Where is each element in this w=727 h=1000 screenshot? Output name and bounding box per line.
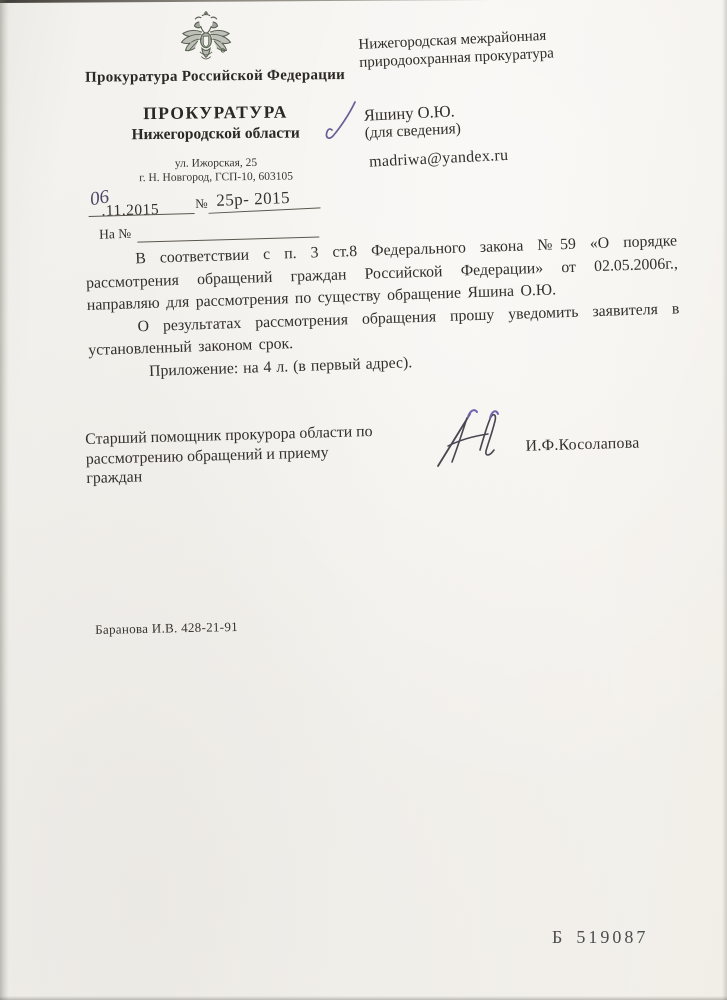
pen-checkmark-icon: [322, 99, 362, 147]
letter-body: В соответствии с п. 3 ст.8 Федерального …: [85, 230, 681, 385]
form-line: [137, 237, 319, 243]
letterhead-federal-line: Прокуратура Российской Федерации: [58, 67, 372, 87]
signature-block: Старший помощник прокурора области по ра…: [85, 414, 662, 500]
form-series: Б: [552, 927, 562, 947]
form-number-stamp: Б519087: [552, 927, 648, 948]
scan-bottom-edge: [0, 996, 727, 1000]
scan-left-edge: [0, 0, 9, 1000]
executor-contact: Баранова И.В. 428-21-91: [95, 619, 238, 638]
scan-right-edge: [722, 0, 727, 1000]
signer-name: И.Ф.Косолапова: [525, 435, 639, 456]
recipient-email: madriwa@yandex.ru: [369, 147, 509, 172]
printed-date: .11.2015: [101, 201, 159, 221]
scan-top-edge: [0, 0, 727, 3]
handwritten-signature-icon: [430, 404, 518, 476]
form-number: 519087: [576, 927, 648, 947]
recipient-note: (для сведения): [364, 120, 461, 143]
letterhead-address-city: г. Н. Новгород, ГСП-10, 603105: [59, 169, 373, 186]
recipient-block: Нижегородская межрайонная природоохранна…: [358, 23, 635, 176]
outgoing-number: 25р- 2015: [216, 188, 291, 211]
number-sign-label: №: [195, 196, 208, 212]
reply-to-label: На №: [99, 226, 131, 243]
scanned-letter-page: Прокуратура Российской Федерации ПРОКУРА…: [0, 0, 727, 1000]
